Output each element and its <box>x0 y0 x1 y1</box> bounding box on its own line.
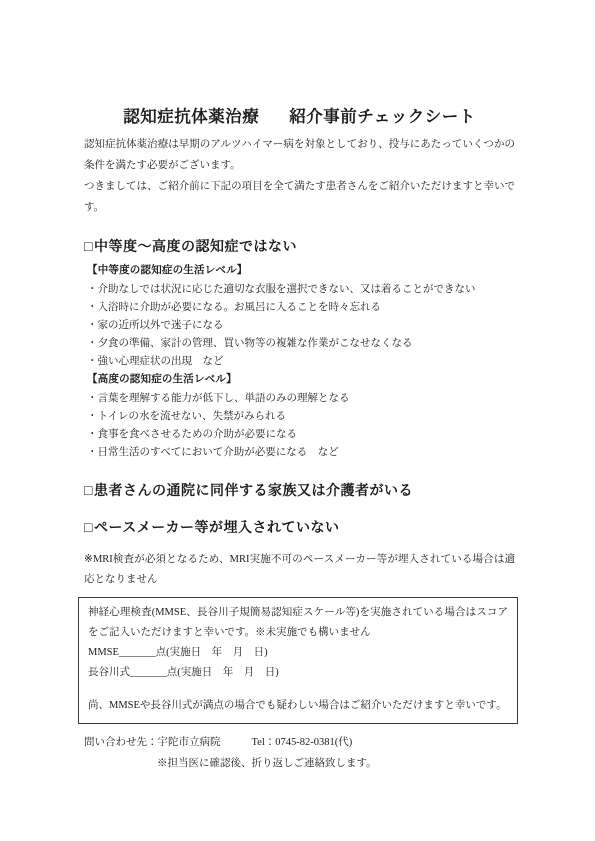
score-box-closing: 尚、MMSEや長谷川式が満点の場合でも疑わしい場合はご紹介いただけますと幸いです… <box>88 696 508 716</box>
severe-dementia-level-list: ・言葉を理解する能力が低下し、単語のみの理解となる ・トイレの水を流せない、失禁… <box>84 390 515 462</box>
mri-note: ※MRI検査が必須となるため、MRI実施不可のペースメーカー等が埋入されている場… <box>84 550 515 590</box>
life-level-item: ・言葉を理解する能力が低下し、単語のみの理解となる <box>87 390 515 408</box>
document-page: 認知症抗体薬治療紹介事前チェックシート 認知症抗体薬治療は早期のアルツハイマー病… <box>0 0 595 841</box>
score-box-intro: 神経心理検査(MMSE、長谷川子規簡易認知症スケール等)を実施されている場合はス… <box>88 603 508 643</box>
life-level-item: ・家の近所以外で迷子になる <box>87 317 515 335</box>
intro-paragraph-2: つきましては、ご紹介前に下記の項目を全て満たす患者さんをご紹介いただけますと幸い… <box>84 176 515 218</box>
document-title-treatment: 認知症抗体薬治療 <box>123 107 259 126</box>
life-level-item: ・夕食の準備、家計の管理、買い物等の複雑な作業がこなせなくなる <box>87 335 515 353</box>
life-level-item: ・強い心理症状の出現 など <box>87 353 515 371</box>
severe-dementia-level-heading: 【高度の認知症の生活レベル】 <box>87 371 515 388</box>
contact-line: 問い合わせ先：宇陀市立病院Tel：0745-82-0381(代) <box>84 732 515 753</box>
life-level-item: ・食事を食べさせるための介助が必要になる <box>87 426 515 444</box>
checkbox-icon: □ <box>84 238 93 254</box>
checklist-item-no-pacemaker: □ペースメーカー等が埋入されていない <box>84 517 515 537</box>
score-box: 神経心理検査(MMSE、長谷川子規簡易認知症スケール等)を実施されている場合はス… <box>78 597 518 724</box>
checklist-item-label: 中等度～高度の認知症ではない <box>94 238 297 254</box>
life-level-item: ・トイレの水を流せない、失禁がみられる <box>87 408 515 426</box>
life-level-item: ・介助なしでは状況に応じた適切な衣服を選択できない、又は着ることができない <box>87 281 515 299</box>
mmse-score-line: MMSE_______点(実施日 年 月 日) <box>88 643 508 663</box>
checklist-item-label: ペースメーカー等が埋入されていない <box>94 519 340 535</box>
intro-section: 認知症抗体薬治療は早期のアルツハイマー病を対象としており、投与にあたっていくつか… <box>84 134 515 218</box>
intro-paragraph-1: 認知症抗体薬治療は早期のアルツハイマー病を対象としており、投与にあたっていくつか… <box>84 134 515 176</box>
checklist-item-label: 患者さんの通院に同伴する家族又は介護者がいる <box>94 482 413 498</box>
moderate-dementia-level-heading: 【中等度の認知症の生活レベル】 <box>87 262 515 279</box>
moderate-dementia-level-list: ・介助なしでは状況に応じた適切な衣服を選択できない、又は着ることができない ・入… <box>84 281 515 371</box>
contact-info: 問い合わせ先：宇陀市立病院Tel：0745-82-0381(代) ※担当医に確認… <box>84 732 515 774</box>
hasegawa-score-line: 長谷川式_______点(実施日 年 月 日) <box>88 663 508 683</box>
document-title: 認知症抗体薬治療紹介事前チェックシート <box>84 103 515 127</box>
checkbox-icon: □ <box>84 482 93 498</box>
document-content: 認知症抗体薬治療紹介事前チェックシート 認知症抗体薬治療は早期のアルツハイマー病… <box>84 0 515 774</box>
checklist-item-dementia-severity: □中等度～高度の認知症ではない <box>84 236 515 256</box>
score-box-spacer <box>88 683 508 696</box>
contact-label: 問い合わせ先：宇陀市立病院 <box>84 737 221 748</box>
contact-tel: Tel：0745-82-0381(代) <box>252 737 353 748</box>
life-level-item: ・日常生活のすべてにおいて介助が必要になる など <box>87 444 515 462</box>
contact-note: ※担当医に確認後、折り返しご連絡致します。 <box>84 753 515 774</box>
checklist-item-accompanying-caregiver: □患者さんの通院に同伴する家族又は介護者がいる <box>84 480 515 500</box>
checkbox-icon: □ <box>84 519 93 535</box>
life-level-item: ・入浴時に介助が必要になる。お風呂に入ることを時々忘れる <box>87 299 515 317</box>
document-title-sheet: 紹介事前チェックシート <box>289 107 476 126</box>
